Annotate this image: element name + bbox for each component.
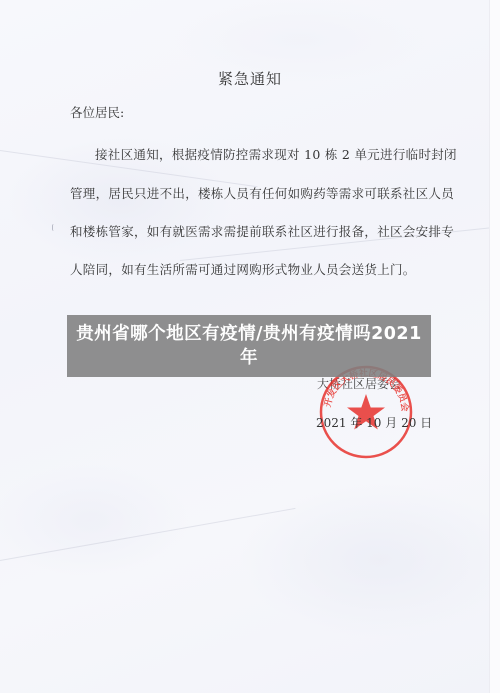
notice-body-line: 和楼栋管家，如有就医需求需提前联系社区进行报备，社区会安排专 bbox=[70, 222, 454, 240]
notice-title: 紧急通知 bbox=[0, 68, 500, 89]
notice-body-line: 人陪同，如有生活所需可通过网购形式物业人员会送货上门。 bbox=[70, 260, 416, 278]
notice-body-line: 管理，居民只进不出，楼栋人员有任何如购药等需求可联系社区人员 bbox=[70, 184, 454, 202]
notice-body-line: 接社区通知，根据疫情防控需求现对 10 栋 2 单元进行临时封闭 bbox=[95, 145, 457, 163]
official-seal-stamp: 开发区大桥社区居民委员会 bbox=[318, 364, 414, 460]
document-page: 紧急通知 各位居民: 接社区通知，根据疫情防控需求现对 10 栋 2 单元进行临… bbox=[0, 0, 500, 693]
notice-greeting: 各位居民: bbox=[70, 103, 124, 121]
paper-crease bbox=[0, 508, 296, 561]
signature-date: 2021 年 10 月 20 日 bbox=[316, 414, 432, 431]
headline-overlay: 贵州省哪个地区有疫情/贵州有疫情吗2021年 bbox=[67, 315, 431, 377]
stray-mark bbox=[52, 224, 56, 231]
overlay-headline: 贵州省哪个地区有疫情/贵州有疫情吗2021年 bbox=[74, 322, 424, 370]
